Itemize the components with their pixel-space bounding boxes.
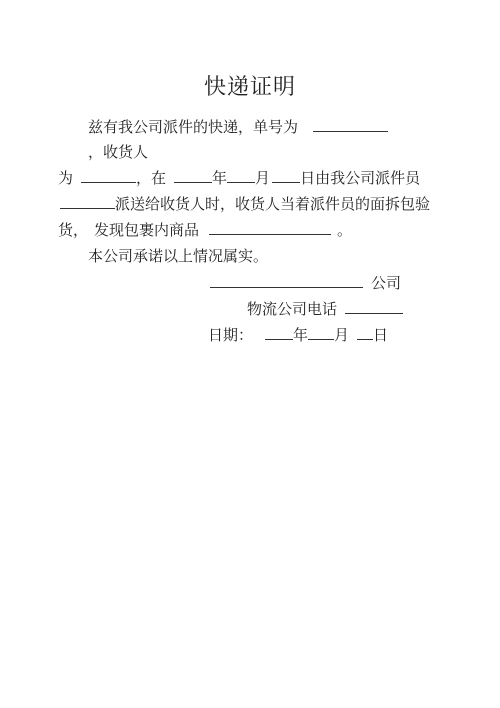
paragraph-line-1: 兹有我公司派件的快递，单号为	[88, 117, 388, 137]
phone-label: 物流公司电话	[247, 300, 337, 318]
line-text: ，在	[136, 169, 166, 187]
company-label: 公司	[371, 274, 401, 292]
company-name-blank[interactable]	[210, 273, 363, 288]
paragraph-2: 本公司承诺以上情况属实。	[88, 246, 268, 266]
line-text: 月	[255, 169, 270, 187]
month-blank[interactable]	[227, 168, 255, 183]
line-text: 。	[337, 221, 352, 239]
line-text: 派送给收货人时，收货人当着派件员的面拆包验	[115, 195, 430, 213]
line-text: 年	[212, 169, 227, 187]
month-label: 月	[334, 326, 349, 344]
year-blank[interactable]	[174, 168, 212, 183]
paragraph-line-4: 派送给收货人时，收货人当着派件员的面拆包验	[60, 194, 430, 214]
signature-date-line: 日期：年月日	[208, 325, 388, 345]
date-label: 日期：	[208, 326, 253, 344]
tracking-number-blank[interactable]	[313, 117, 388, 132]
line-text: 发现包裹内商品	[94, 221, 199, 239]
goods-description-blank[interactable]	[209, 220, 331, 235]
paragraph-line-5: 货，发现包裹内商品。	[58, 220, 352, 240]
line-text: 为	[58, 169, 73, 187]
sign-month-blank[interactable]	[308, 325, 334, 340]
line-text: 日由我公司派件员	[300, 169, 420, 187]
phone-blank[interactable]	[345, 299, 403, 314]
sign-year-blank[interactable]	[265, 325, 293, 340]
line-text: 兹有我公司派件的快递，单号为	[88, 118, 298, 136]
year-label: 年	[293, 326, 308, 344]
recipient-blank[interactable]	[81, 168, 136, 183]
line-text: 货，	[58, 221, 88, 239]
day-blank[interactable]	[272, 168, 300, 183]
signature-company-line: 公司	[210, 273, 401, 293]
sign-day-blank[interactable]	[357, 325, 373, 340]
line-text: ，收货人	[88, 143, 148, 161]
courier-name-blank[interactable]	[60, 194, 115, 209]
document-page: 快递证明 兹有我公司派件的快递，单号为 ，收货人 为，在年月日由我公司派件员 派…	[0, 0, 500, 708]
line-text: 本公司承诺以上情况属实。	[88, 247, 268, 265]
paragraph-line-2: ，收货人	[88, 142, 148, 162]
document-title: 快递证明	[0, 70, 500, 101]
day-label: 日	[373, 326, 388, 344]
signature-phone-line: 物流公司电话	[247, 299, 403, 319]
paragraph-line-3: 为，在年月日由我公司派件员	[58, 168, 420, 188]
